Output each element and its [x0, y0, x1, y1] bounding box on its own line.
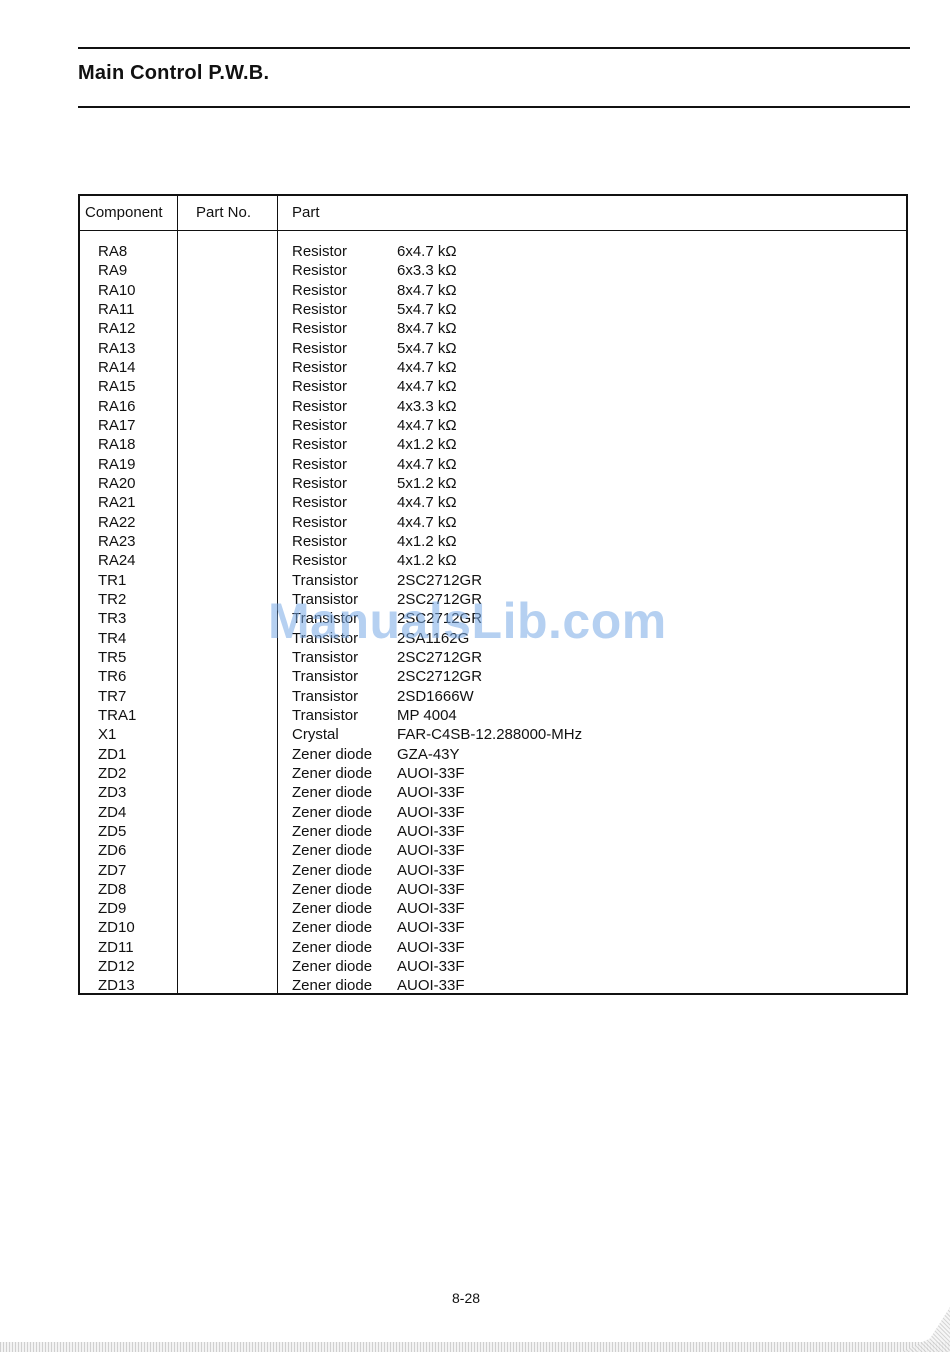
value-cell: AUOI-33F [397, 861, 465, 880]
value-cell: 5x1.2 kΩ [397, 474, 457, 493]
part-cell: Resistor [292, 339, 347, 358]
table-row: RA19Resistor4x4.7 kΩ [80, 455, 906, 474]
value-cell: 2SC2712GR [397, 590, 482, 609]
part-cell: Resistor [292, 261, 347, 280]
value-cell: 2SC2712GR [397, 609, 482, 628]
part-cell: Transistor [292, 609, 358, 628]
component-cell: ZD10 [98, 918, 135, 937]
value-cell: 4x1.2 kΩ [397, 532, 457, 551]
table-row: ZD13Zener diodeAUOI-33F [80, 976, 906, 995]
component-cell: RA15 [98, 377, 136, 396]
part-cell: Crystal [292, 725, 339, 744]
value-cell: 8x4.7 kΩ [397, 319, 457, 338]
component-cell: ZD7 [98, 861, 126, 880]
table-row: ZD5Zener diodeAUOI-33F [80, 822, 906, 841]
component-cell: ZD6 [98, 841, 126, 860]
table-row: ZD11Zener diodeAUOI-33F [80, 938, 906, 957]
part-cell: Resistor [292, 532, 347, 551]
component-cell: RA11 [98, 300, 134, 319]
component-cell: ZD1 [98, 745, 126, 764]
value-cell: AUOI-33F [397, 938, 465, 957]
value-cell: 2SC2712GR [397, 667, 482, 686]
table-row: ZD8Zener diodeAUOI-33F [80, 880, 906, 899]
component-cell: TR5 [98, 648, 126, 667]
component-cell: RA17 [98, 416, 136, 435]
table-row: ZD4Zener diodeAUOI-33F [80, 803, 906, 822]
part-cell: Zener diode [292, 803, 372, 822]
component-cell: TR7 [98, 687, 126, 706]
value-cell: 6x4.7 kΩ [397, 242, 457, 261]
component-cell: RA23 [98, 532, 136, 551]
part-cell: Resistor [292, 474, 347, 493]
part-cell: Zener diode [292, 976, 372, 995]
part-cell: Resistor [292, 281, 347, 300]
part-cell: Zener diode [292, 861, 372, 880]
table-row: RA21Resistor4x4.7 kΩ [80, 493, 906, 512]
table-row: TR7Transistor2SD1666W [80, 687, 906, 706]
title-underline-rule [78, 106, 910, 108]
component-cell: TR2 [98, 590, 126, 609]
part-cell: Transistor [292, 648, 358, 667]
value-cell: 2SD1666W [397, 687, 474, 706]
value-cell: GZA-43Y [397, 745, 460, 764]
table-row: RA12Resistor8x4.7 kΩ [80, 319, 906, 338]
value-cell: 4x1.2 kΩ [397, 435, 457, 454]
value-cell: AUOI-33F [397, 841, 465, 860]
value-cell: AUOI-33F [397, 918, 465, 937]
value-cell: 4x4.7 kΩ [397, 358, 457, 377]
component-cell: RA9 [98, 261, 127, 280]
part-cell: Transistor [292, 706, 358, 725]
page-number: 8-28 [452, 1290, 480, 1306]
value-cell: AUOI-33F [397, 880, 465, 899]
table-row: TR3Transistor2SC2712GR [80, 609, 906, 628]
component-cell: ZD4 [98, 803, 126, 822]
part-cell: Zener diode [292, 957, 372, 976]
value-cell: AUOI-33F [397, 764, 465, 783]
part-cell: Transistor [292, 629, 358, 648]
part-cell: Transistor [292, 571, 358, 590]
table-row: RA22Resistor4x4.7 kΩ [80, 513, 906, 532]
value-cell: 4x1.2 kΩ [397, 551, 457, 570]
header-part-no: Part No. [196, 204, 251, 221]
component-cell: TR1 [98, 571, 126, 590]
part-cell: Resistor [292, 397, 347, 416]
table-row: ZD9Zener diodeAUOI-33F [80, 899, 906, 918]
value-cell: 2SC2712GR [397, 571, 482, 590]
value-cell: MP 4004 [397, 706, 457, 725]
table-row: RA23Resistor4x1.2 kΩ [80, 532, 906, 551]
part-cell: Resistor [292, 358, 347, 377]
value-cell: 2SC2712GR [397, 648, 482, 667]
part-cell: Resistor [292, 300, 347, 319]
value-cell: 4x4.7 kΩ [397, 513, 457, 532]
table-row: RA15Resistor4x4.7 kΩ [80, 377, 906, 396]
page-title: Main Control P.W.B. [78, 62, 269, 85]
top-rule [78, 47, 910, 49]
value-cell: 5x4.7 kΩ [397, 300, 457, 319]
table-row: RA20Resistor5x1.2 kΩ [80, 474, 906, 493]
component-cell: RA13 [98, 339, 136, 358]
parts-table: Component Part No. Part RA8Resistor6x4.7… [78, 194, 908, 995]
table-row: TR6Transistor2SC2712GR [80, 667, 906, 686]
component-cell: ZD9 [98, 899, 126, 918]
header-divider [80, 230, 906, 231]
component-cell: RA19 [98, 455, 136, 474]
value-cell: 2SA1162G [397, 629, 469, 648]
component-cell: ZD2 [98, 764, 126, 783]
value-cell: 4x4.7 kΩ [397, 416, 457, 435]
table-row: ZD10Zener diodeAUOI-33F [80, 918, 906, 937]
table-row: TR5Transistor2SC2712GR [80, 648, 906, 667]
component-cell: RA21 [98, 493, 136, 512]
part-cell: Transistor [292, 590, 358, 609]
part-cell: Transistor [292, 687, 358, 706]
part-cell: Resistor [292, 493, 347, 512]
value-cell: 8x4.7 kΩ [397, 281, 457, 300]
table-row: RA18Resistor4x1.2 kΩ [80, 435, 906, 454]
component-cell: RA12 [98, 319, 136, 338]
value-cell: AUOI-33F [397, 783, 465, 802]
value-cell: AUOI-33F [397, 976, 465, 995]
component-cell: TR3 [98, 609, 126, 628]
component-cell: RA16 [98, 397, 136, 416]
part-cell: Transistor [292, 667, 358, 686]
part-cell: Resistor [292, 551, 347, 570]
table-row: TR4Transistor2SA1162G [80, 629, 906, 648]
value-cell: 6x3.3 kΩ [397, 261, 457, 280]
table-row: RA24Resistor4x1.2 kΩ [80, 551, 906, 570]
value-cell: AUOI-33F [397, 803, 465, 822]
table-row: RA13Resistor5x4.7 kΩ [80, 339, 906, 358]
component-cell: TR6 [98, 667, 126, 686]
table-row: RA10Resistor8x4.7 kΩ [80, 281, 906, 300]
value-cell: AUOI-33F [397, 899, 465, 918]
table-row: ZD1Zener diodeGZA-43Y [80, 745, 906, 764]
component-cell: ZD3 [98, 783, 126, 802]
table-row: TRA1TransistorMP 4004 [80, 706, 906, 725]
component-cell: ZD8 [98, 880, 126, 899]
part-cell: Resistor [292, 242, 347, 261]
table-row: RA14Resistor4x4.7 kΩ [80, 358, 906, 377]
value-cell: 4x4.7 kΩ [397, 455, 457, 474]
part-cell: Resistor [292, 513, 347, 532]
part-cell: Zener diode [292, 880, 372, 899]
table-body: RA8Resistor6x4.7 kΩRA9Resistor6x3.3 kΩRA… [80, 242, 906, 996]
table-row: ZD3Zener diodeAUOI-33F [80, 783, 906, 802]
component-cell: TRA1 [98, 706, 136, 725]
component-cell: ZD13 [98, 976, 135, 995]
component-cell: ZD12 [98, 957, 135, 976]
component-cell: TR4 [98, 629, 126, 648]
component-cell: ZD5 [98, 822, 126, 841]
table-row: RA11Resistor5x4.7 kΩ [80, 300, 906, 319]
table-row: TR1Transistor2SC2712GR [80, 571, 906, 590]
value-cell: 5x4.7 kΩ [397, 339, 457, 358]
component-cell: RA24 [98, 551, 136, 570]
table-row: ZD12Zener diodeAUOI-33F [80, 957, 906, 976]
scan-edge-artifact [0, 1342, 950, 1352]
value-cell: 4x4.7 kΩ [397, 377, 457, 396]
component-cell: RA20 [98, 474, 136, 493]
value-cell: 4x4.7 kΩ [397, 493, 457, 512]
part-cell: Zener diode [292, 899, 372, 918]
part-cell: Zener diode [292, 918, 372, 937]
table-row: RA16Resistor4x3.3 kΩ [80, 397, 906, 416]
part-cell: Zener diode [292, 822, 372, 841]
table-row: ZD6Zener diodeAUOI-33F [80, 841, 906, 860]
value-cell: AUOI-33F [397, 822, 465, 841]
part-cell: Resistor [292, 319, 347, 338]
value-cell: FAR-C4SB-12.288000-MHz [397, 725, 582, 744]
component-cell: ZD11 [98, 938, 134, 957]
table-row: TR2Transistor2SC2712GR [80, 590, 906, 609]
part-cell: Zener diode [292, 745, 372, 764]
component-cell: RA10 [98, 281, 136, 300]
component-cell: RA8 [98, 242, 127, 261]
table-row: RA8Resistor6x4.7 kΩ [80, 242, 906, 261]
component-cell: X1 [98, 725, 116, 744]
header-component: Component [85, 204, 163, 221]
part-cell: Zener diode [292, 841, 372, 860]
part-cell: Resistor [292, 455, 347, 474]
table-row: RA17Resistor4x4.7 kΩ [80, 416, 906, 435]
part-cell: Resistor [292, 377, 347, 396]
table-row: X1CrystalFAR-C4SB-12.288000-MHz [80, 725, 906, 744]
component-cell: RA22 [98, 513, 136, 532]
part-cell: Zener diode [292, 764, 372, 783]
part-cell: Resistor [292, 435, 347, 454]
table-row: ZD2Zener diodeAUOI-33F [80, 764, 906, 783]
part-cell: Zener diode [292, 783, 372, 802]
part-cell: Zener diode [292, 938, 372, 957]
value-cell: AUOI-33F [397, 957, 465, 976]
header-part: Part [292, 204, 320, 221]
component-cell: RA14 [98, 358, 136, 377]
value-cell: 4x3.3 kΩ [397, 397, 457, 416]
table-row: ZD7Zener diodeAUOI-33F [80, 861, 906, 880]
part-cell: Resistor [292, 416, 347, 435]
table-row: RA9Resistor6x3.3 kΩ [80, 261, 906, 280]
component-cell: RA18 [98, 435, 136, 454]
